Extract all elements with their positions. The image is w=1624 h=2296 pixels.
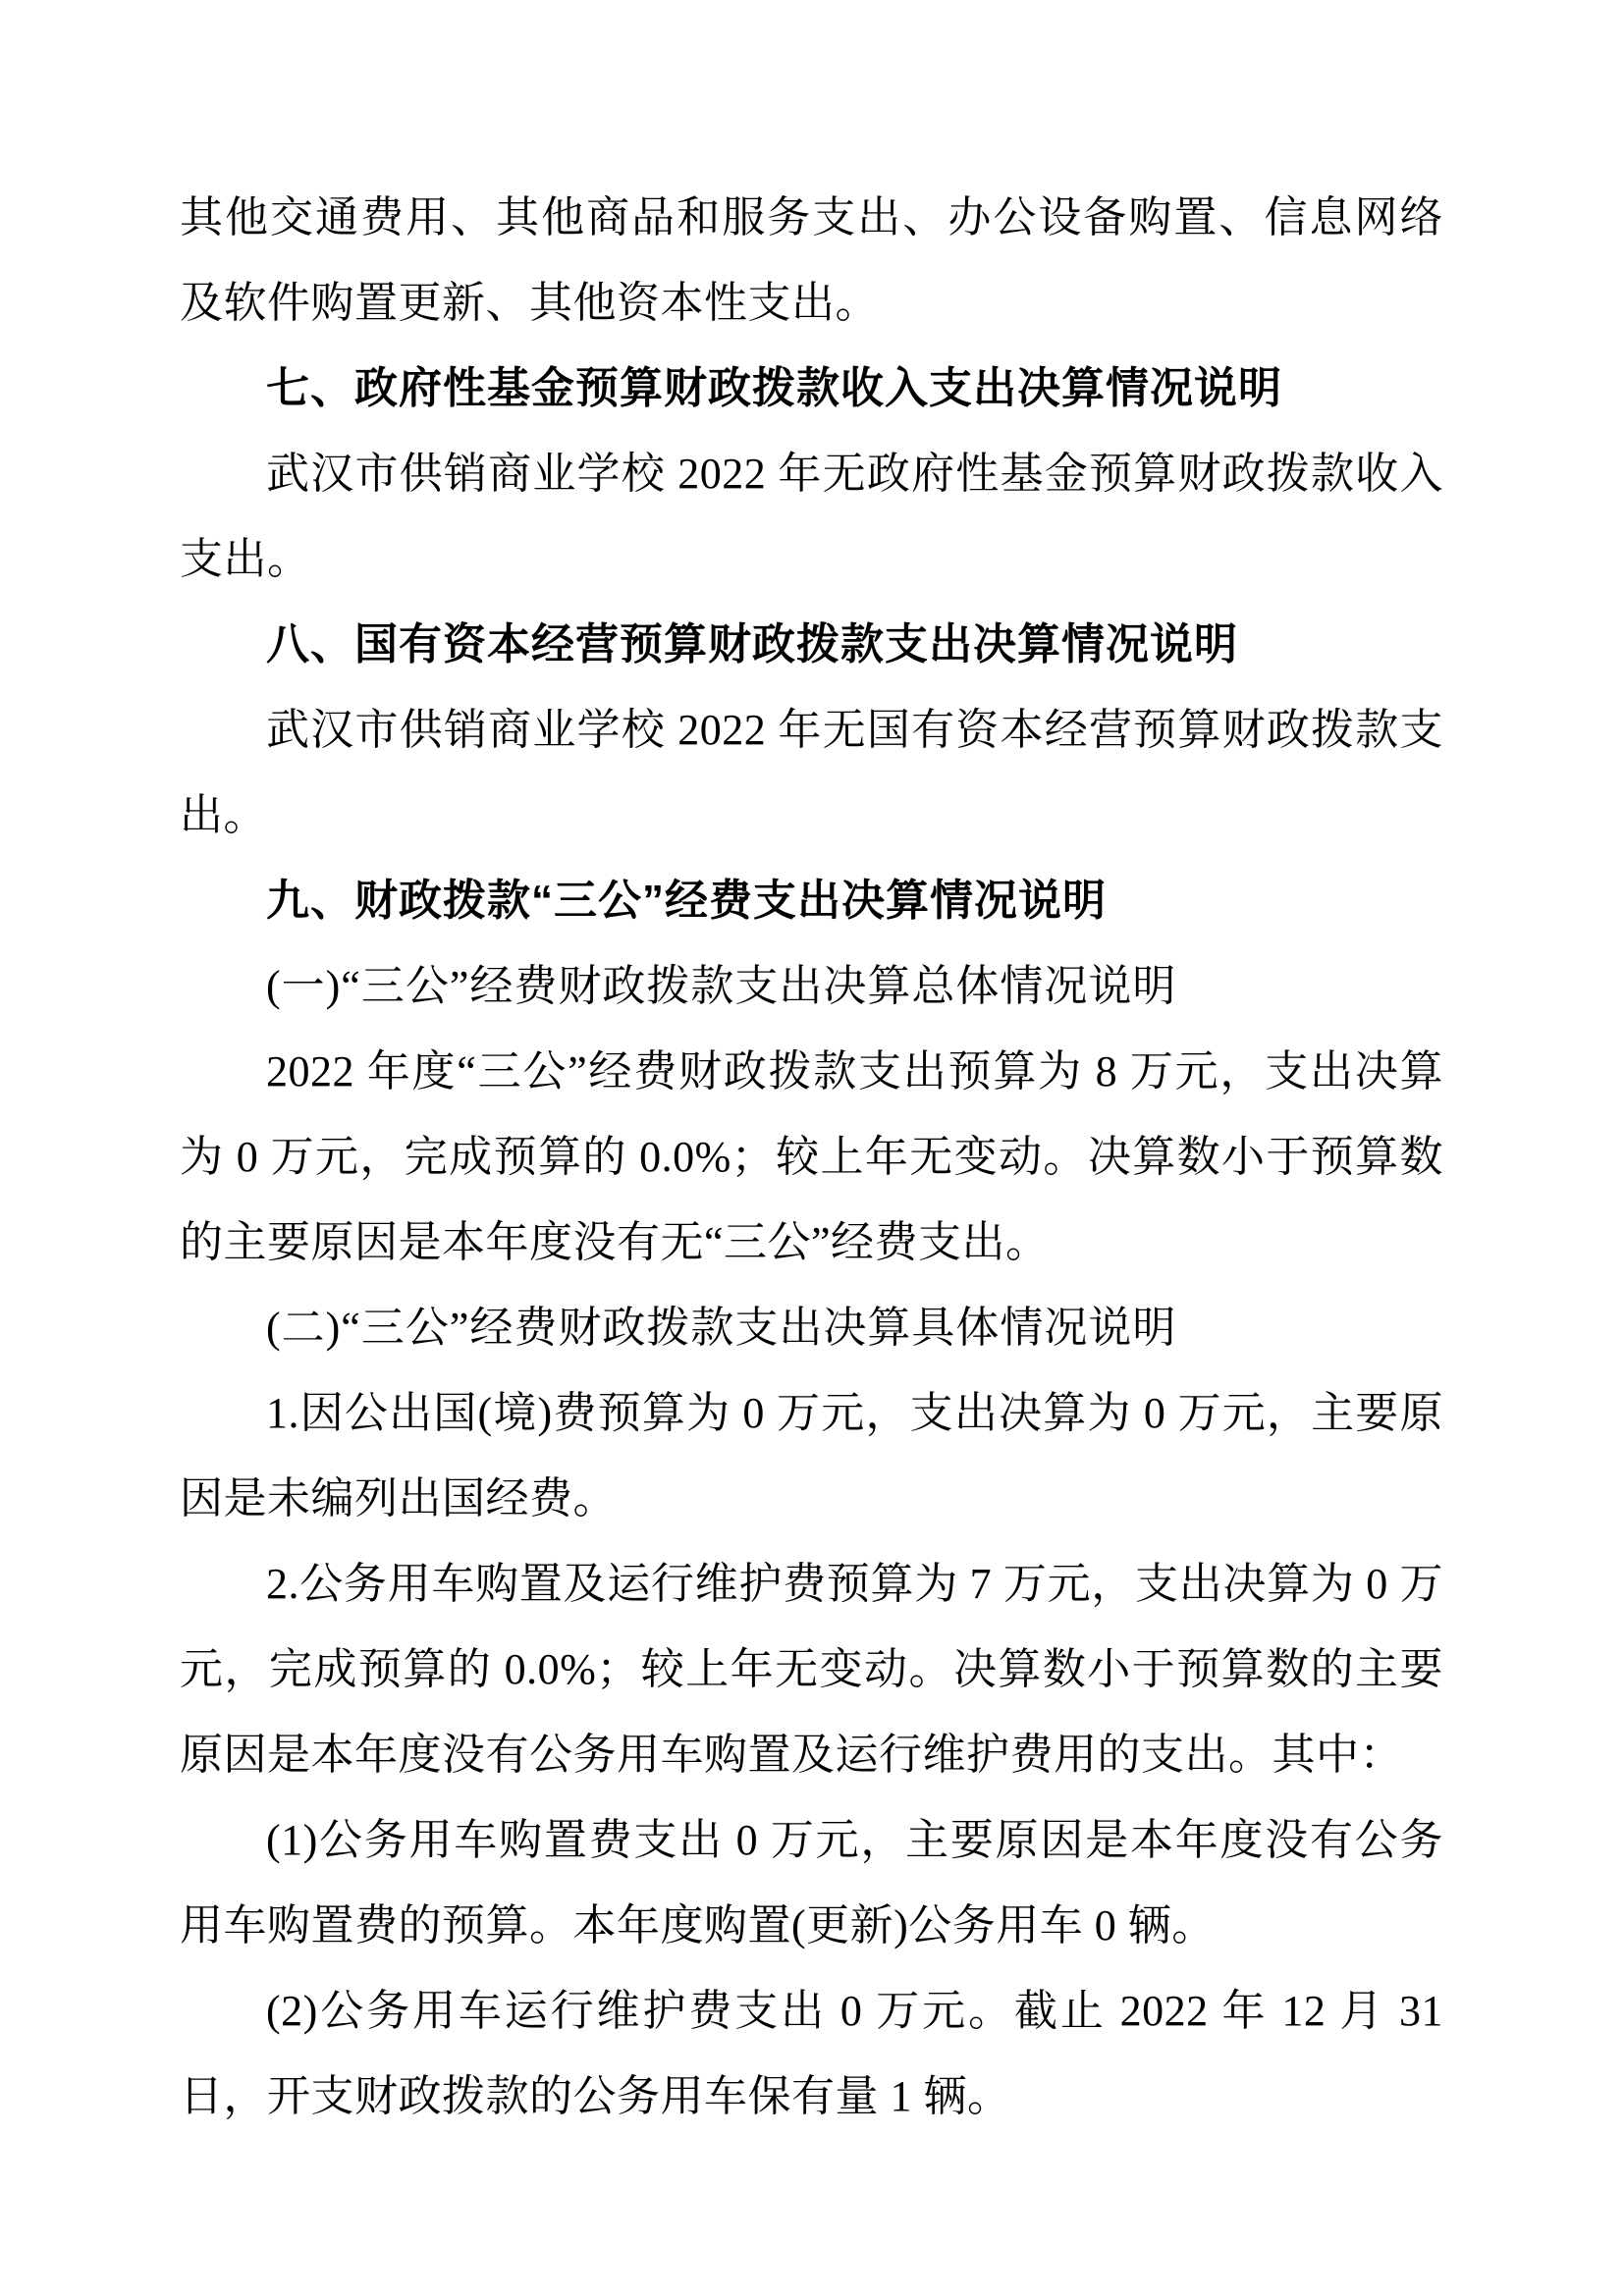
document-content: 其他交通费用、其他商品和服务支出、办公设备购置、信息网络及软件购置更新、其他资本…	[180, 175, 1443, 2139]
document-page: 其他交通费用、其他商品和服务支出、办公设备购置、信息网络及软件购置更新、其他资本…	[0, 0, 1624, 2296]
heading-section-7: 七、政府性基金预算财政拨款收入支出决算情况说明	[180, 346, 1443, 431]
heading-section-9: 九、财政拨款“三公”经费支出决算情况说明	[180, 858, 1443, 943]
heading-section-8: 八、国有资本经营预算财政拨款支出决算情况说明	[180, 602, 1443, 687]
paragraph-section-7-body: 武汉市供销商业学校 2022 年无政府性基金预算财政拨款收入支出。	[180, 431, 1443, 602]
paragraph-vehicle-purchase: (1)公务用车购置费支出 0 万元，主要原因是本年度没有公务用车购置费的预算。本…	[180, 1797, 1443, 1968]
paragraph-vehicle-maintenance: (2)公务用车运行维护费支出 0 万元。截止 2022 年 12 月 31 日，…	[180, 1968, 1443, 2139]
subheading-section-9-2: (二)“三公”经费财政拨款支出决算具体情况说明	[180, 1285, 1443, 1370]
subheading-section-9-1: (一)“三公”经费财政拨款支出决算总体情况说明	[180, 943, 1443, 1029]
paragraph-continuation-other-expenses: 其他交通费用、其他商品和服务支出、办公设备购置、信息网络及软件购置更新、其他资本…	[180, 175, 1443, 346]
paragraph-vehicle-expenses: 2.公务用车购置及运行维护费预算为 7 万元，支出决算为 0 万元，完成预算的 …	[180, 1541, 1443, 1797]
paragraph-abroad-expenses: 1.因公出国(境)费预算为 0 万元，支出决算为 0 万元，主要原因是未编列出国…	[180, 1370, 1443, 1541]
paragraph-section-8-body: 武汉市供销商业学校 2022 年无国有资本经营预算财政拨款支出。	[180, 687, 1443, 858]
paragraph-section-9-1-body: 2022 年度“三公”经费财政拨款支出预算为 8 万元，支出决算为 0 万元，完…	[180, 1029, 1443, 1285]
